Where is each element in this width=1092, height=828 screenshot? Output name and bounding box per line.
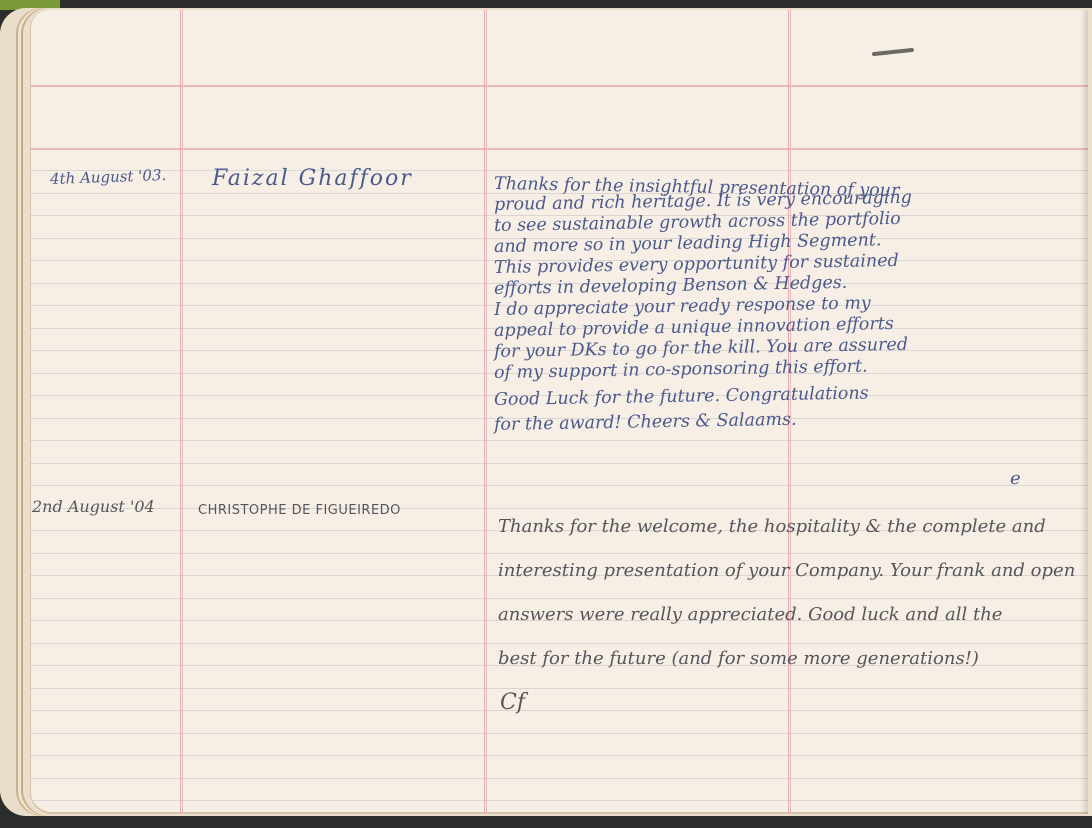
ruled-line xyxy=(30,463,1088,464)
ruled-line xyxy=(30,778,1088,779)
entry-name: Faizal Ghaffoor xyxy=(212,166,413,191)
staple-mark xyxy=(872,48,914,56)
signature: Cf xyxy=(500,690,525,715)
message-line: answers were really appreciated. Good lu… xyxy=(498,593,1078,637)
ruled-line xyxy=(30,485,1088,486)
message-line: best for the future (and for some more g… xyxy=(498,637,1078,681)
ruled-line xyxy=(30,800,1088,801)
ruled-line xyxy=(30,688,1088,689)
signature: e xyxy=(1010,468,1021,489)
entry-name: CHRISTOPHE DE FIGUEIREDO xyxy=(198,503,401,518)
header-rule-top xyxy=(30,85,1088,87)
name-column-divider xyxy=(484,10,487,814)
entry-message: Thanks for the welcome, the hospitality … xyxy=(498,505,1078,681)
ruled-line xyxy=(30,440,1088,441)
ruled-line xyxy=(30,733,1088,734)
entry-message: Thanks for the insightful presentation o… xyxy=(494,174,1084,436)
message-line: interesting presentation of your Company… xyxy=(498,549,1078,593)
date-column-divider xyxy=(180,10,183,814)
message-line: Thanks for the welcome, the hospitality … xyxy=(498,505,1078,549)
ruled-line xyxy=(30,755,1088,756)
entry-date: 2nd August '04 xyxy=(32,497,155,516)
ruled-line xyxy=(30,170,1088,171)
ruled-line xyxy=(30,710,1088,711)
header-rule-bottom xyxy=(30,148,1088,150)
